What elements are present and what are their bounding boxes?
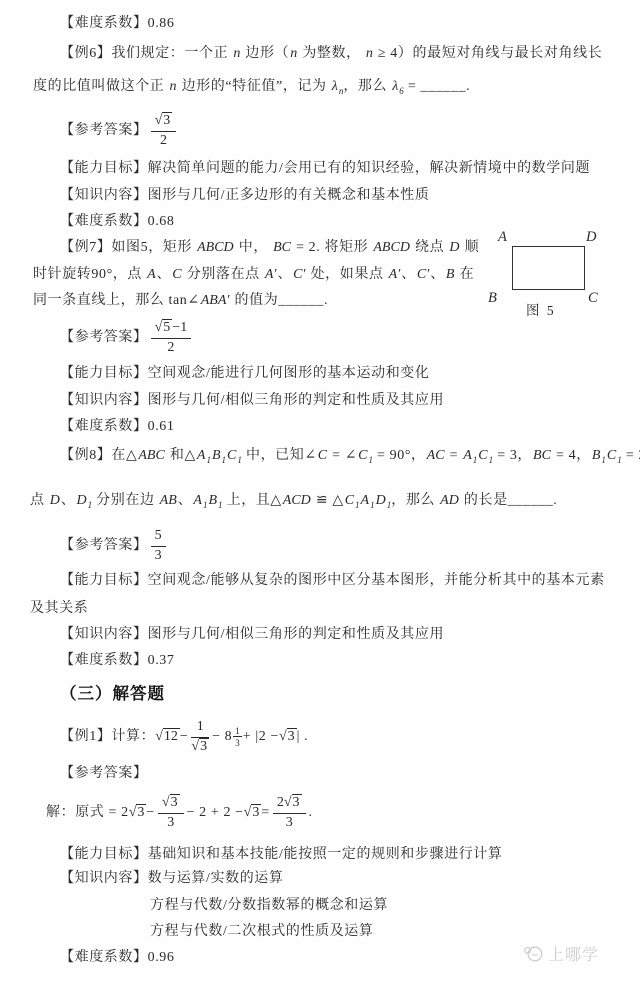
difficulty-line-ex1: 【难度系数】0.96	[60, 948, 175, 968]
answer-label-ex1: 【参考答案】	[60, 764, 148, 784]
example6-line2: 度的比值叫做这个正 n 边形的“特征值”，记为 λn，那么 λ6 = _____…	[33, 77, 470, 97]
watermark-text: 上哪学	[548, 942, 599, 965]
example8-line2: 点 D、D1 分别在边 AB、A1B1 上，且△ACD ≌ △C1A1D1，那么…	[30, 491, 557, 511]
example7-line2: 时针旋转90°，点 A、C 分别落在点 A′、C′ 处，如果点 A′、C′、B …	[33, 265, 474, 285]
answer-line-ex6: 【参考答案】 √32	[60, 110, 179, 152]
example7-line1: 【例7】如图5，矩形 ABCD 中， BC = 2. 将矩形 ABCD 绕点 D…	[60, 238, 479, 258]
figure-5: A D B C 图 5	[484, 226, 614, 322]
example7-line3: 同一条直线上，那么 tan∠ABA′ 的值为______.	[33, 291, 328, 311]
ability-line-ex6: 【能力目标】解决简单问题的能力/会用已有的知识经验，解决新情境中的数学问题	[60, 159, 590, 179]
difficulty-line-ex7: 【难度系数】0.61	[60, 417, 175, 437]
difficulty-line-ex8: 【难度系数】0.37	[60, 651, 175, 671]
knowledge-line-ex1-3: 方程与代数/二次根式的性质及运算	[150, 922, 374, 942]
example1-line: 【例1】计算： √12 − 1√3 − 813 + |2 − √3| .	[60, 715, 308, 759]
example6-line1: 【例6】我们规定：一个正 n 边形（n 为整数， n ≥ 4）的最短对角线与最长…	[60, 44, 602, 64]
difficulty-line-top: 【难度系数】0.86	[60, 14, 175, 34]
difficulty-line-ex6: 【难度系数】0.68	[60, 212, 175, 232]
knowledge-line-ex1-2: 方程与代数/分数指数幂的概念和运算	[150, 896, 388, 916]
watermark: 上哪学	[523, 942, 599, 965]
watermark-logo-icon	[523, 944, 545, 964]
knowledge-line-ex6: 【知识内容】图形与几何/正多边形的有关概念和基本性质	[60, 186, 430, 206]
section-heading: （三）解答题	[60, 684, 165, 704]
figure5-label-c: C	[588, 291, 598, 306]
figure5-caption: 图 5	[526, 304, 556, 318]
figure5-rectangle	[512, 246, 585, 290]
knowledge-line-ex7: 【知识内容】图形与几何/相似三角形的判定和性质及其应用	[60, 391, 444, 411]
knowledge-line-ex8: 【知识内容】图形与几何/相似三角形的判定和性质及其应用	[60, 625, 444, 645]
document-page: 【难度系数】0.86 【例6】我们规定：一个正 n 边形（n 为整数， n ≥ …	[0, 0, 640, 981]
ability-line-ex7: 【能力目标】空间观念/能进行几何图形的基本运动和变化	[60, 364, 430, 384]
knowledge-line-ex1-1: 【知识内容】数与运算/实数的运算	[60, 869, 284, 889]
answer-line-ex8: 【参考答案】 53	[60, 525, 169, 567]
answer-line-ex7: 【参考答案】 √5−12	[60, 315, 194, 361]
ability-line-ex8-1: 【能力目标】空间观念/能够从复杂的图形中区分基本图形，并能分析其中的基本元素	[60, 571, 605, 591]
figure5-label-d: D	[586, 230, 596, 245]
solution-line-ex1: 解：原式 = 2√3 − √33 − 2 + 2 − √3 = 2√33 .	[46, 789, 313, 837]
figure5-label-b: B	[488, 291, 497, 306]
ability-line-ex1: 【能力目标】基础知识和基本技能/能按照一定的规则和步骤进行计算	[60, 845, 503, 865]
figure5-label-a: A	[498, 230, 507, 245]
ability-line-ex8-2: 及其关系	[30, 599, 88, 619]
example8-line1: 【例8】在△ABC 和△A1B1C1 中，已知∠C = ∠C1 = 90°，AC…	[60, 446, 640, 466]
